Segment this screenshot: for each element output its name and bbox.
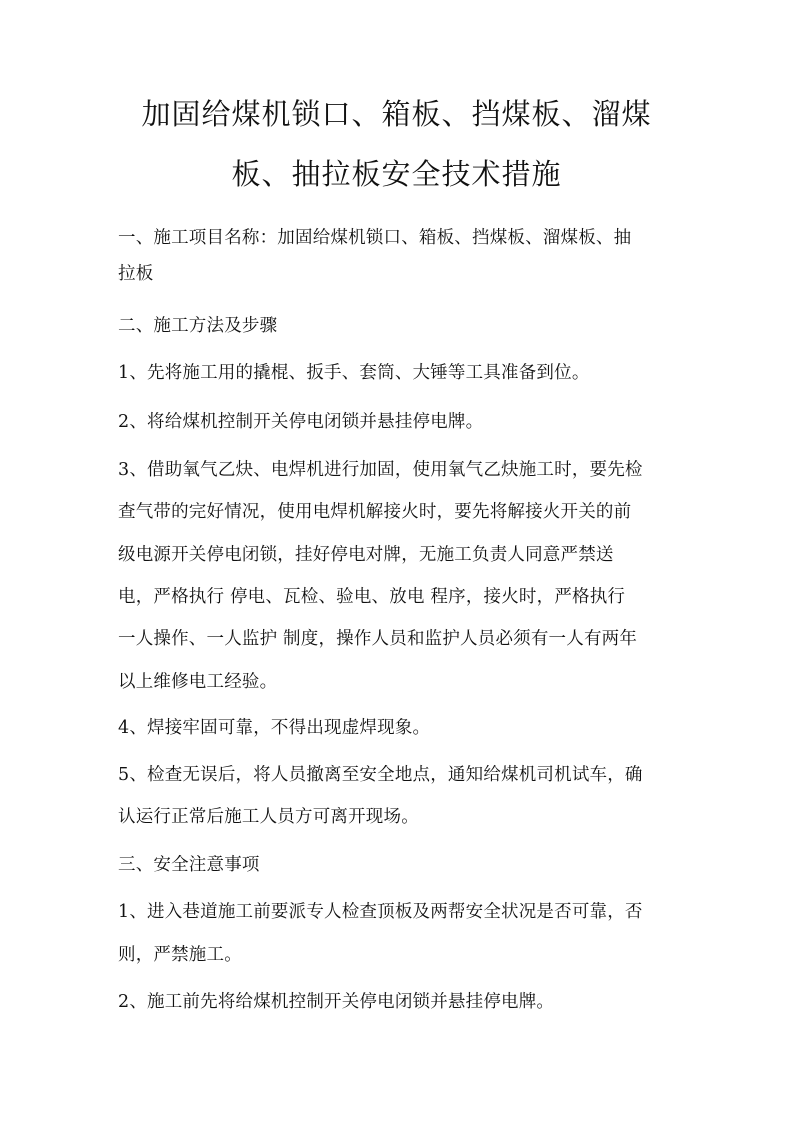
step-2: 2、将给煤机控制开关停电闭锁并悬挂停电牌。 [118,404,678,440]
step-1: 1、先将施工用的撬棍、扳手、套筒、大锤等工具准备到位。 [118,355,678,391]
section-1-heading-line-2: 拉板 [118,256,678,292]
step-3-line-1: 3、借助氧气乙炔、电焊机进行加固，使用氧气乙炔施工时，要先检 [118,452,678,488]
step-5-line-2: 认运行正常后施工人员方可离开现场。 [118,799,678,835]
step-4: 4、焊接牢固可靠，不得出现虚焊现象。 [118,710,678,746]
step-3-line-6: 以上维修电工经验。 [118,664,678,700]
section-3-heading: 三、安全注意事项 [118,847,678,883]
safety-item-1-line-2: 则，严禁施工。 [118,937,678,973]
section-1-heading-line-1: 一、施工项目名称：加固给煤机锁口、箱板、挡煤板、溜煤板、抽 [118,220,678,256]
document-page: 加固给煤机锁口、箱板、挡煤板、溜煤 板、抽拉板安全技术措施 一、施工项目名称：加… [0,0,793,1122]
step-3-line-4: 电，严格执行 停电、瓦检、验电、放电 程序，接火时，严格执行 [118,579,678,615]
step-5-line-1: 5、检查无误后，将人员撤离至安全地点，通知给煤机司机试车，确 [118,757,678,793]
document-title-line-2: 板、抽拉板安全技术措施 [100,156,693,192]
section-2-heading: 二、施工方法及步骤 [118,308,678,344]
document-title-line-1: 加固给煤机锁口、箱板、挡煤板、溜煤 [100,96,693,132]
safety-item-2: 2、施工前先将给煤机控制开关停电闭锁并悬挂停电牌。 [118,984,678,1020]
safety-item-1-line-1: 1、进入巷道施工前要派专人检查顶板及两帮安全状况是否可靠，否 [118,894,678,930]
step-3-line-2: 查气带的完好情况，使用电焊机解接火时，要先将解接火开关的前 [118,494,678,530]
step-3-line-5: 一人操作、一人监护 制度，操作人员和监护人员必须有一人有两年 [118,621,678,657]
step-3-line-3: 级电源开关停电闭锁，挂好停电对牌，无施工负责人同意严禁送 [118,537,678,573]
